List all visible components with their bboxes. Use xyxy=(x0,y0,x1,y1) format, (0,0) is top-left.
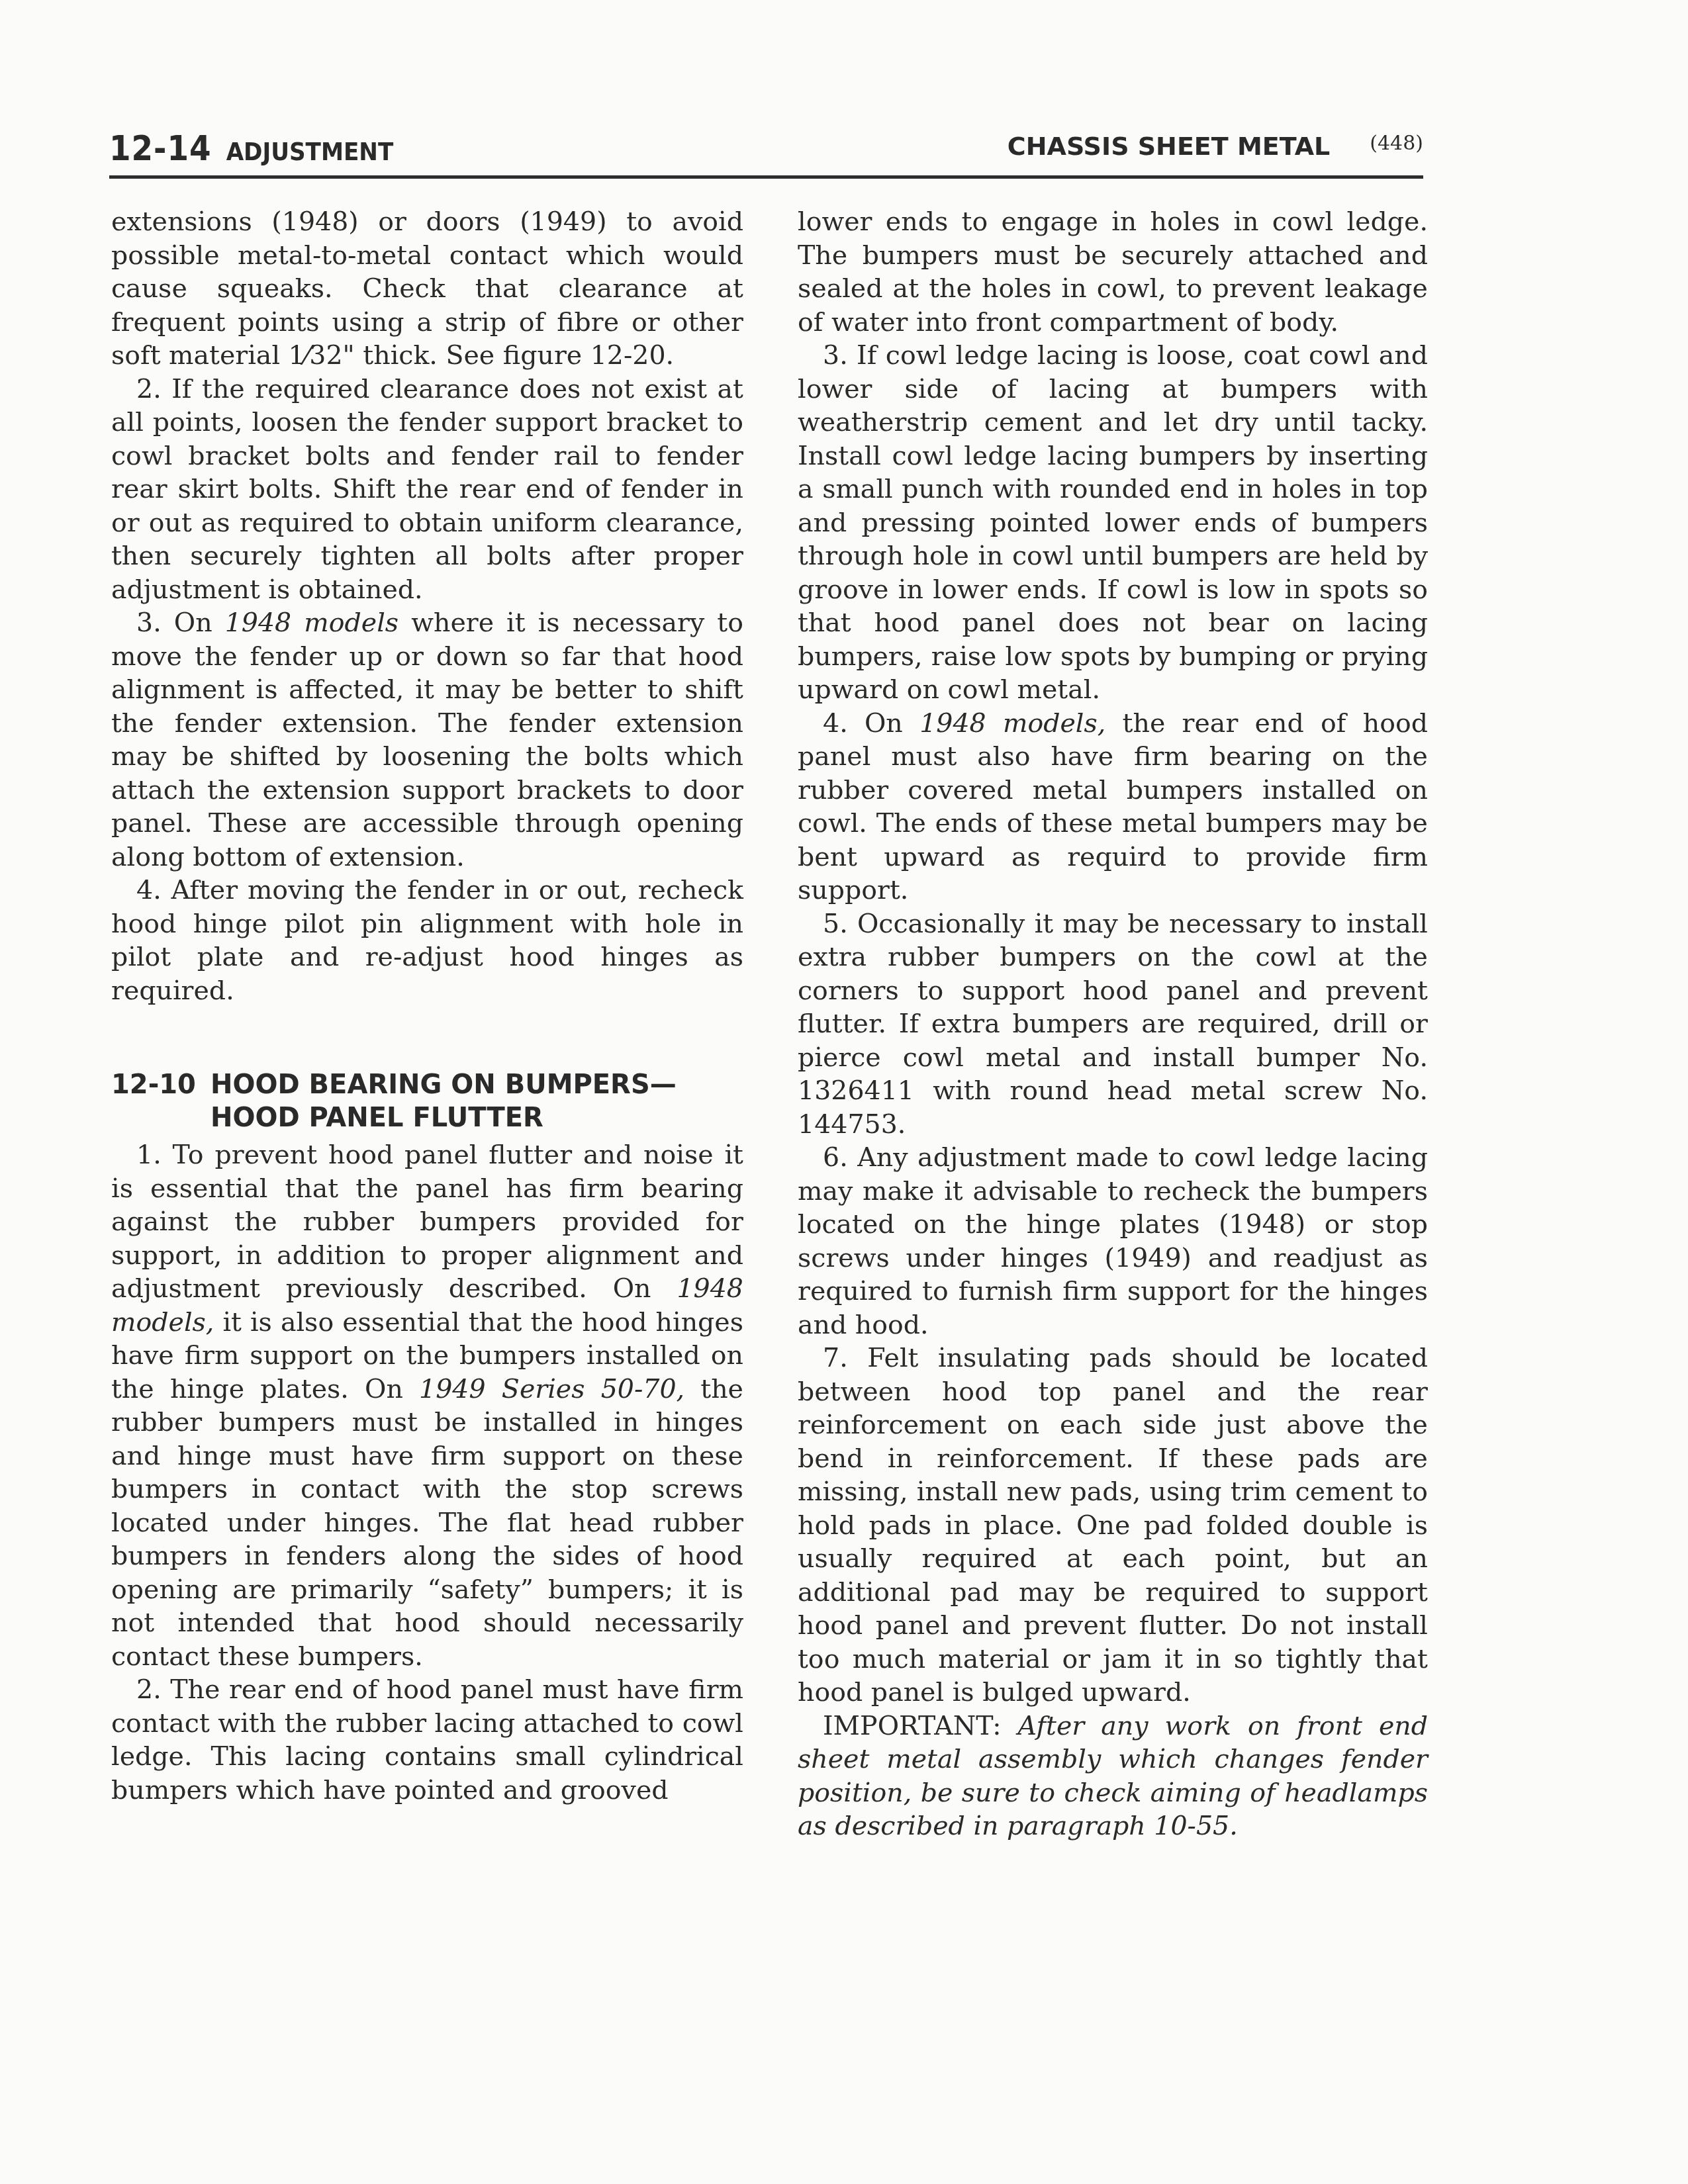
emphasis: 1948 models xyxy=(225,608,399,638)
paragraph: 3. On 1948 models where it is necessary … xyxy=(111,606,743,874)
paragraph: 3. If cowl ledge lacing is loose, coat c… xyxy=(798,339,1428,707)
header-left: 12-14ADJUSTMENT xyxy=(109,129,393,169)
section-number: 12-10 xyxy=(111,1068,211,1101)
paragraph: 4. On 1948 models, the rear end of hood … xyxy=(798,707,1428,907)
text: 1. To prevent hood panel flutter and noi… xyxy=(111,1140,743,1304)
left-column: extensions (1948) or doors (1949) to avo… xyxy=(111,205,743,1807)
paragraph: 5. Occasionally it may be necessary to i… xyxy=(798,907,1428,1142)
section-right-title: CHASSIS SHEET METAL xyxy=(1008,132,1330,161)
page-header: 12-14ADJUSTMENT CHASSIS SHEET METAL(448) xyxy=(109,129,1423,179)
paragraph: 1. To prevent hood panel flutter and noi… xyxy=(111,1138,743,1673)
paragraph: 2. If the required clearance does not ex… xyxy=(111,373,743,607)
important-label: IMPORTANT: xyxy=(823,1711,1018,1741)
page-number: 12-14 xyxy=(109,129,212,169)
text: where it is necessary to move the fender… xyxy=(111,608,743,872)
paragraph: extensions (1948) or doors (1949) to avo… xyxy=(111,205,743,373)
paragraph: 4. After moving the fender in or out, re… xyxy=(111,874,743,1007)
section-heading: 12-10HOOD BEARING ON BUMPERS— HOOD PANEL… xyxy=(111,1068,743,1134)
section-title-line2: HOOD PANEL FLUTTER xyxy=(111,1101,743,1134)
emphasis: 1949 Series 50-70, xyxy=(419,1374,684,1404)
right-column: lower ends to engage in holes in cowl le… xyxy=(798,205,1428,1843)
paragraph: 6. Any adjustment made to cowl ledge lac… xyxy=(798,1141,1428,1342)
text: 3. On xyxy=(136,608,225,638)
header-right: CHASSIS SHEET METAL(448) xyxy=(1008,132,1423,161)
important-note: IMPORTANT: After any work on front end s… xyxy=(798,1709,1428,1843)
emphasis: 1948 models, xyxy=(919,708,1105,739)
sheet-number: (448) xyxy=(1370,132,1423,155)
section-left-title: ADJUSTMENT xyxy=(226,137,394,166)
text: the rubber bumpers must be installed in … xyxy=(111,1374,743,1672)
paragraph: 7. Felt insulating pads should be locate… xyxy=(798,1342,1428,1709)
paragraph: 2. The rear end of hood panel must have … xyxy=(111,1673,743,1807)
text: 4. On xyxy=(823,708,919,739)
section-title-line1: HOOD BEARING ON BUMPERS— xyxy=(211,1069,677,1100)
paragraph: lower ends to engage in holes in cowl le… xyxy=(798,205,1428,339)
